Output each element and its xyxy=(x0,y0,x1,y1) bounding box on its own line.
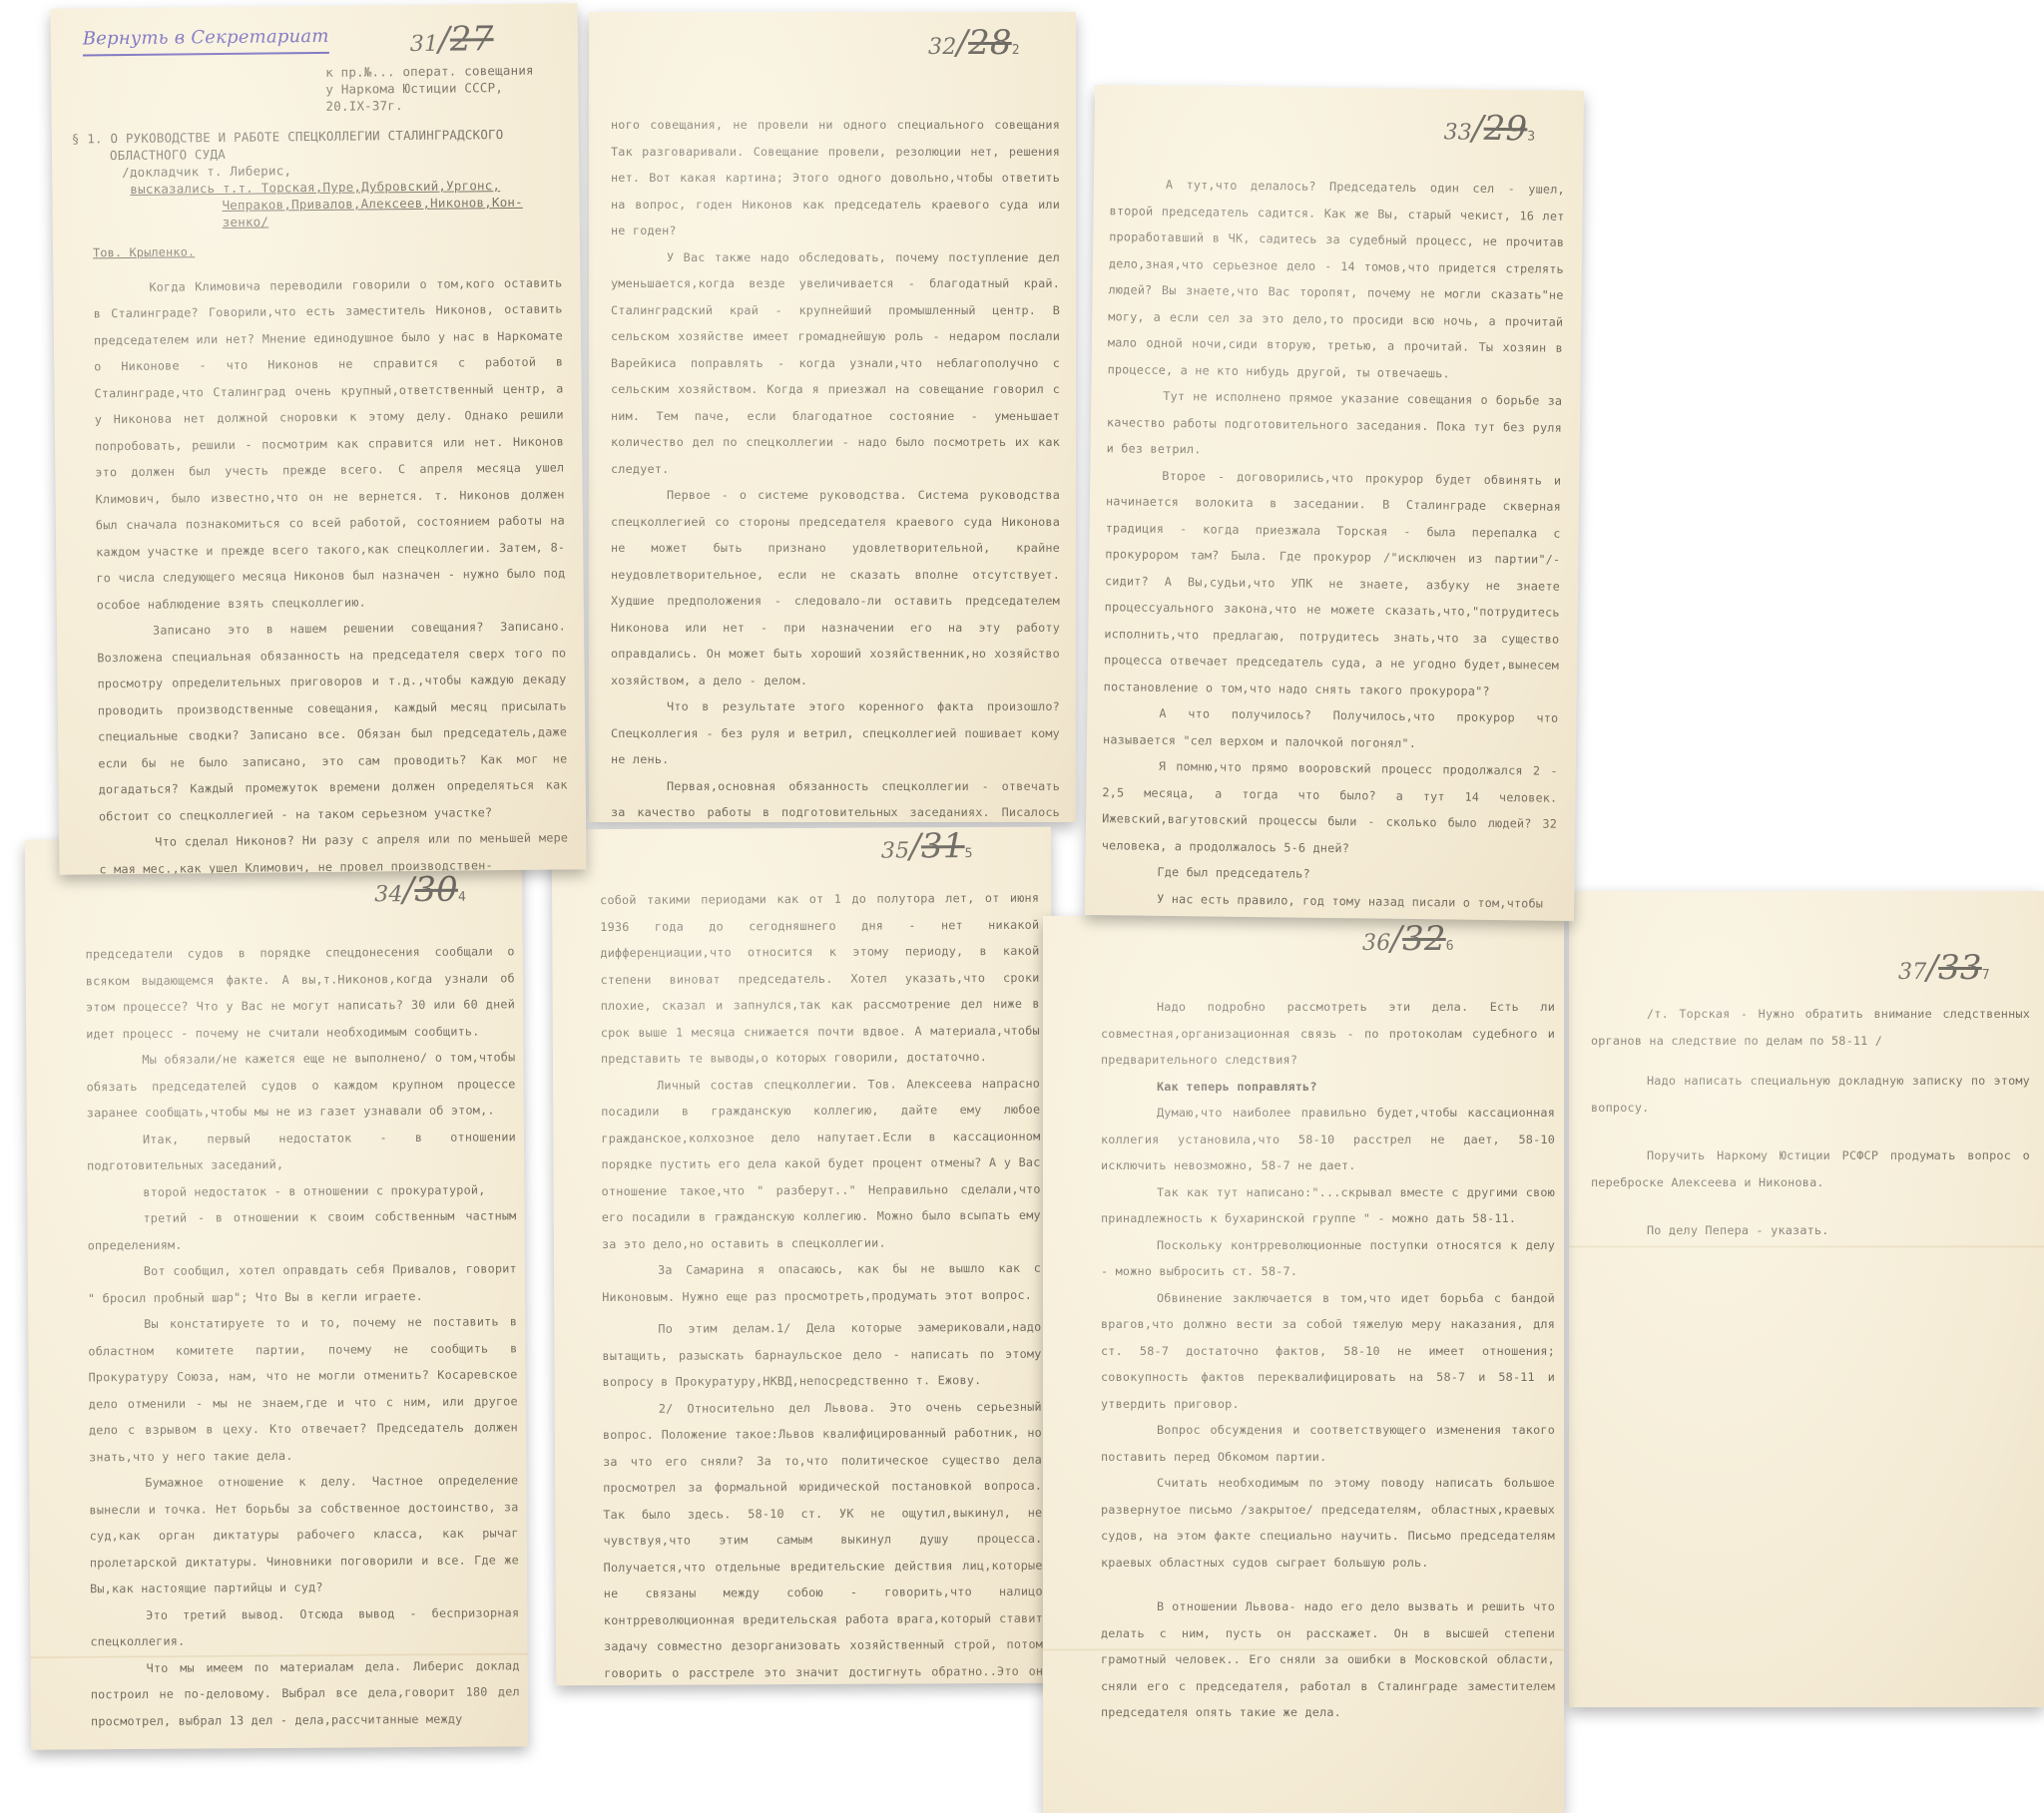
page-number: 7 xyxy=(1982,968,1990,983)
page-number: 2 xyxy=(1012,43,1020,58)
document-page-3: 33/293 А тут,что делалось? Председатель … xyxy=(1085,85,1584,921)
folio-new: 31 xyxy=(410,32,439,57)
paragraph: За Самарина я опасаюсь, как бы не вышло … xyxy=(602,1255,1041,1310)
paragraph: Бумажное отношение к делу. Частное опред… xyxy=(89,1467,519,1601)
speaker-name: Тов. Крыленко. xyxy=(93,234,562,265)
paragraph: /т. Торская - Нужно обратить внимание сл… xyxy=(1591,1001,2030,1054)
paragraph: Поручить Наркому Юстиции РСФСР продумать… xyxy=(1591,1142,2030,1195)
paragraph: Вопрос обсуждения и соответствующего изм… xyxy=(1101,1417,1555,1470)
paragraph: Это третий вывод. Отсюда вывод - бесприз… xyxy=(90,1599,519,1655)
paragraph: 2/ Относительно дел Львова. Это очень се… xyxy=(603,1393,1044,1685)
paragraph: Когда Климовича переводили говорили о то… xyxy=(93,269,566,618)
paragraph: Первое - о системе руководства. Система … xyxy=(611,482,1060,693)
folio-number: 36/326 xyxy=(1362,922,1454,964)
paragraph: Что в результате этого коренного факта п… xyxy=(611,693,1060,773)
paragraph: второй недостаток - в отношении с прокур… xyxy=(87,1176,516,1206)
paragraph: Первая,основная обязанность спецколлегии… xyxy=(611,773,1060,823)
document-page-2: 32/282 ного совещания, не провели ни одн… xyxy=(589,12,1076,822)
paragraph: Что сделал Никонов? Ни разу с апреля или… xyxy=(99,824,569,874)
folio-number: 33/293 xyxy=(1443,111,1535,154)
folio-number: 32/282 xyxy=(928,26,1020,68)
paragraph: Надо подробно рассмотреть эти дела. Есть… xyxy=(1101,994,1555,1074)
paragraph: У нас есть правило, год тому назад писал… xyxy=(1101,885,1556,917)
paragraph: собой такими периодами как от 1 до полут… xyxy=(600,885,1040,1073)
paragraph: Поскольку контрреволюционные поступки от… xyxy=(1101,1232,1555,1285)
paragraph: Второе - договорились,что прокурор будет… xyxy=(1104,462,1562,705)
paragraph: Мы обязали/не кажется еще не выполнено/ … xyxy=(86,1044,516,1127)
paragraph: Вот сообщил, хотел оправдать себя Привал… xyxy=(88,1255,517,1311)
document-page-1: Вернуть в Секретариат 31/27 к пр.№... оп… xyxy=(50,3,586,874)
folio-number: 31/27 xyxy=(410,22,494,62)
paragraph: В отношении Львова- надо его дело вызват… xyxy=(1101,1593,1555,1726)
paragraph: По этим делам.1/ Дела которые эамерикова… xyxy=(602,1314,1041,1396)
protocol-header: к пр.№... операт. совещания у Наркома Юс… xyxy=(325,61,586,115)
folio-number: 37/337 xyxy=(1898,951,1990,993)
paragraph: ного совещания, не провели ни одного спе… xyxy=(611,112,1060,244)
paragraph: Что мы имеем по материалам дела. Либерис… xyxy=(91,1652,521,1735)
paragraph: Считать необходимым по этому поводу напи… xyxy=(1101,1470,1555,1576)
paragraph: А тут,что делалось? Председатель один се… xyxy=(1107,171,1565,388)
page-number: 4 xyxy=(458,890,466,905)
paragraph: Надо написать специальную докладную запи… xyxy=(1591,1068,2030,1121)
paragraph: У Вас также надо обследовать, почему пос… xyxy=(611,244,1060,483)
paragraph: Вы констатируете то и то, почему не пост… xyxy=(88,1308,518,1470)
paragraph: Я помню,что прямо вооровский процесс про… xyxy=(1102,752,1558,864)
folio-number: 35/315 xyxy=(881,829,973,871)
document-page-6: 36/326 Надо подробно рассмотреть эти дел… xyxy=(1043,916,1564,1813)
folio-old: 27 xyxy=(450,19,494,59)
paragraph: Итак, первый недостаток - в отношении по… xyxy=(87,1124,516,1179)
document-page-5: 35/315 собой такими периодами как от 1 д… xyxy=(552,827,1055,1686)
document-page-4: 34/304 председатели судов в порядке спец… xyxy=(25,836,528,1749)
page-number: 3 xyxy=(1527,129,1535,144)
folio-number: 34/304 xyxy=(374,873,466,916)
page-number: 5 xyxy=(965,846,973,861)
paragraph: Как теперь поправлять? xyxy=(1101,1074,1555,1101)
paragraph: Личный состав спецколлегии. Тов. Алексее… xyxy=(601,1070,1041,1257)
paragraph: Думаю,что наиболее правильно будет,чтобы… xyxy=(1101,1100,1555,1179)
paragraph: Обвинение заключается в том,что идет бор… xyxy=(1101,1285,1555,1418)
paragraph: По делу Пепера - указать. xyxy=(1591,1217,2030,1244)
page-number: 6 xyxy=(1446,939,1454,954)
paragraph: А что получилось? Получилось,что прокуро… xyxy=(1103,699,1559,758)
document-page-7: 37/337 /т. Торская - Нужно обратить вним… xyxy=(1569,891,2044,1707)
section-title: § 1. О РУКОВОДСТВЕ И РАБОТЕ СПЕЦКОЛЛЕГИИ… xyxy=(72,125,572,231)
paragraph: Тут не исполнено прямое указание совещан… xyxy=(1106,382,1562,467)
paragraph: третий - в отношении к своим собственным… xyxy=(87,1202,516,1258)
handwritten-note: Вернуть в Секретариат xyxy=(83,24,329,56)
paragraph: Так как тут написано:"...скрывал вместе … xyxy=(1101,1179,1555,1232)
paragraph: Записано это в нашем решении совещания? … xyxy=(97,613,568,829)
paragraph: председатели судов в порядке спецдонесен… xyxy=(86,938,516,1047)
